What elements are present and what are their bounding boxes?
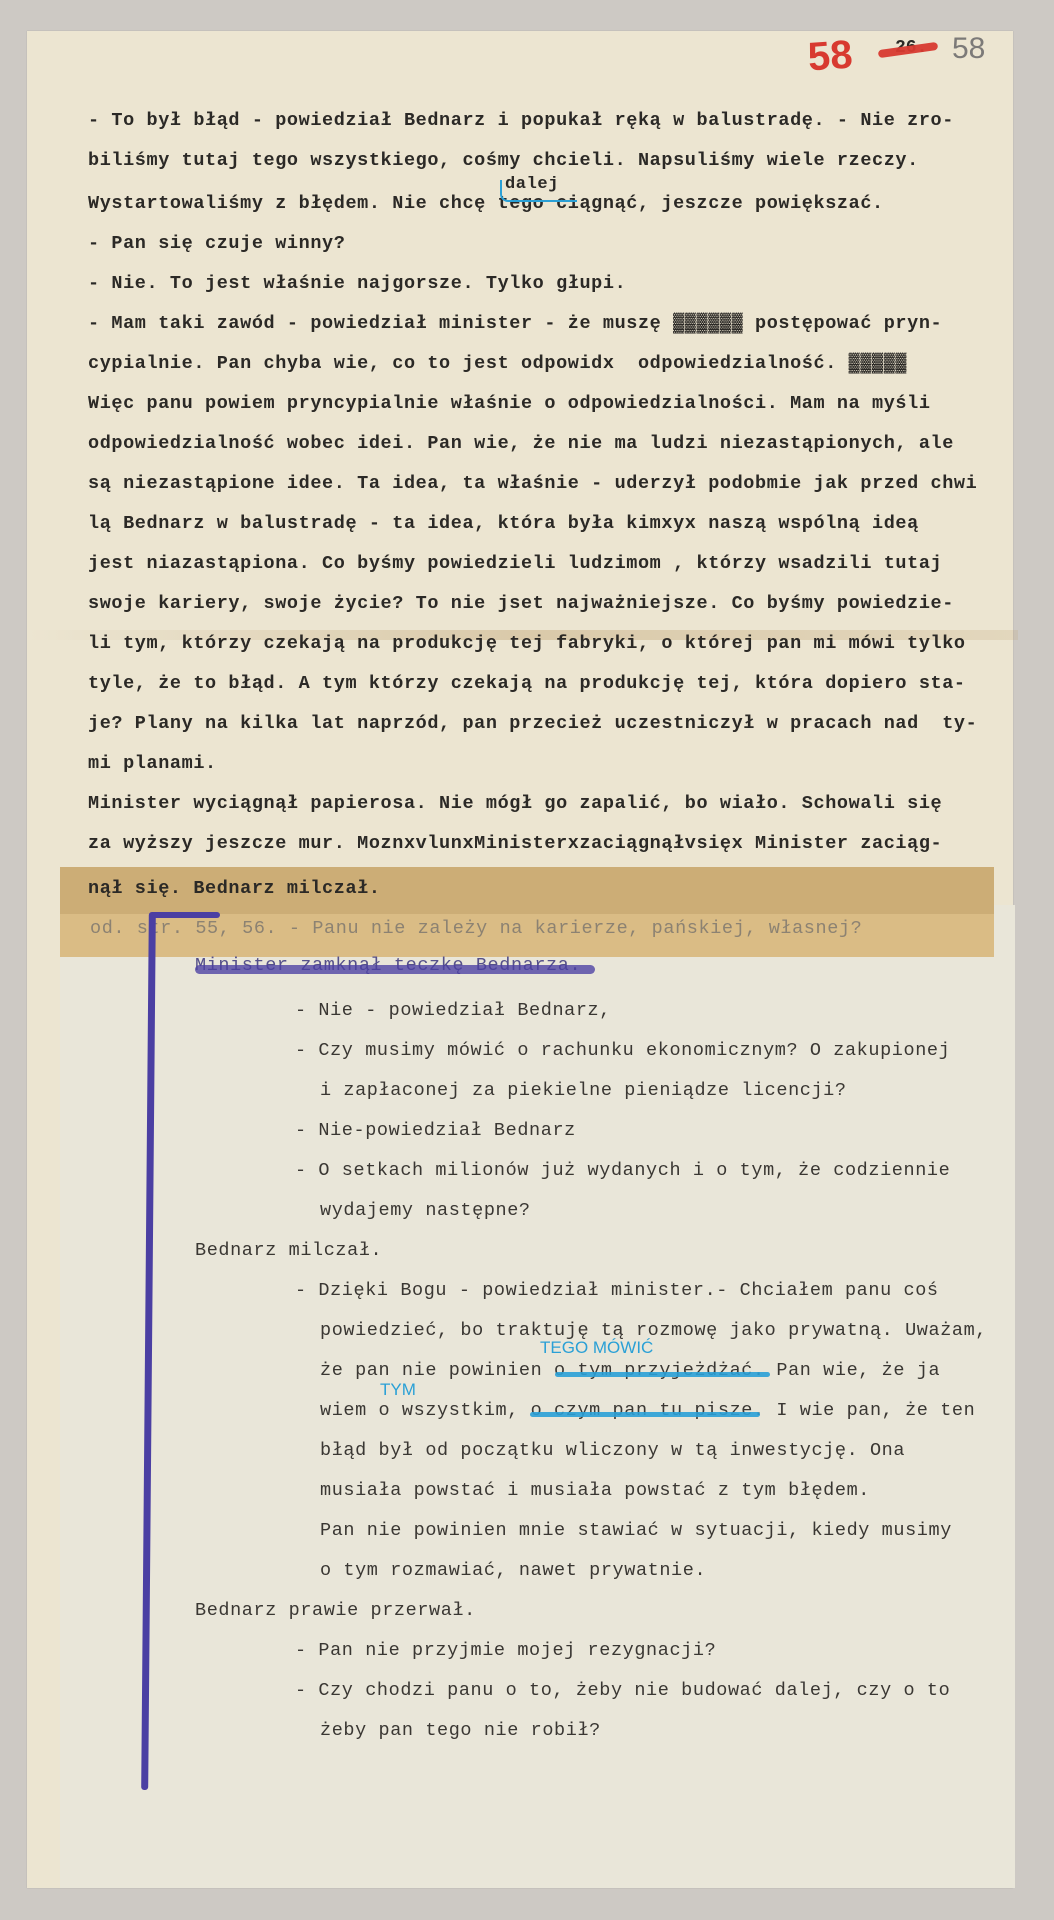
text-line: Bednarz prawie przerwał. [195, 1600, 476, 1621]
text-line: - O setkach milionów już wydanych i o ty… [295, 1160, 950, 1181]
text-line: za wyższy jeszcze mur. MoznxvlunxMiniste… [88, 833, 942, 854]
text-line: - Pan się czuje winny? [88, 233, 345, 254]
text-line: nął się. Bednarz milczał. [88, 878, 381, 899]
blue-strikethrough [555, 1372, 770, 1377]
text-line: li tym, którzy czekają na produkcję tej … [88, 633, 966, 654]
text-line: cypialnie. Pan chyba wie, co to jest odp… [88, 353, 907, 374]
text-line: Więc panu powiem pryncypialnie właśnie o… [88, 393, 931, 414]
text-line: musiała powstać i musiała powstać z tym … [320, 1480, 870, 1501]
text-line: - Czy musimy mówić o rachunku ekonomiczn… [295, 1040, 950, 1061]
page-number-red: 58 [806, 33, 854, 81]
text-line: wydajemy następne? [320, 1200, 531, 1221]
text-line: - Nie - powiedział Bednarz, [295, 1000, 611, 1021]
text-line: - To był błąd - powiedział Bednarz i pop… [88, 110, 954, 131]
text-line: - Nie. To jest właśnie najgorsze. Tylko … [88, 273, 626, 294]
text-line: tyle, że to błąd. A tym którzy czekają n… [88, 673, 966, 694]
text-line: jest niazastąpiona. Co byśmy powiedzieli… [88, 553, 942, 574]
purple-margin-hook [150, 912, 220, 918]
text-line: że pan nie powinien o tym przyjeżdżać. P… [320, 1360, 940, 1381]
text-line: biliśmy tutaj tego wszystkiego, cośmy ch… [88, 150, 919, 171]
text-line: mi planami. [88, 753, 217, 774]
purple-strikethrough [195, 965, 595, 974]
handwritten-insert-tego-mowic: TEGO MÓWIĆ [540, 1338, 653, 1358]
text-line: - Mam taki zawód - powiedział minister -… [88, 313, 942, 334]
text-line: - Czy chodzi panu o to, żeby nie budować… [295, 1680, 950, 1701]
tape-text-line: od. str. 55, 56. - Panu nie zależy na ka… [90, 918, 862, 939]
text-line: - Nie-powiedział Bednarz [295, 1120, 576, 1141]
text-line: o tym rozmawiać, nawet prywatnie. [320, 1560, 706, 1581]
text-line: wiem o wszystkim, o czym pan tu pisze. I… [320, 1400, 975, 1421]
text-line: powiedzieć, bo traktuję tą rozmowę jako … [320, 1320, 987, 1341]
handwritten-insert-dalej: dalej [505, 175, 559, 194]
blue-strikethrough [530, 1412, 760, 1417]
text-line: Minister wyciągnął papierosa. Nie mógł g… [88, 793, 942, 814]
text-line: je? Plany na kilka lat naprzód, pan prze… [88, 713, 977, 734]
text-line: Pan nie powinien mnie stawiać w sytuacji… [320, 1520, 952, 1541]
text-line: odpowiedzialność wobec idei. Pan wie, że… [88, 433, 954, 454]
text-line: lą Bednarz w balustradę - ta idea, która… [88, 513, 919, 534]
text-line: swoje kariery, swoje życie? To nie jset … [88, 593, 954, 614]
text-line: i zapłaconej za piekielne pieniądze lice… [320, 1080, 847, 1101]
page-number-pencil: 58 [952, 32, 985, 66]
text-line: żeby pan tego nie robił? [320, 1720, 601, 1741]
handwritten-insert-tym: TYM [380, 1380, 416, 1400]
text-line: są niezastąpione idee. Ta idea, ta właśn… [88, 473, 977, 494]
text-line: - Pan nie przyjmie mojej rezygnacji? [295, 1640, 716, 1661]
text-line: Bednarz milczał. [195, 1240, 382, 1261]
text-line: błąd był od początku wliczony w tą inwes… [320, 1440, 905, 1461]
text-line: Wystartowaliśmy z błędem. Nie chcę tego … [88, 193, 884, 214]
text-line: - Dzięki Bogu - powiedział minister.- Ch… [295, 1280, 939, 1301]
